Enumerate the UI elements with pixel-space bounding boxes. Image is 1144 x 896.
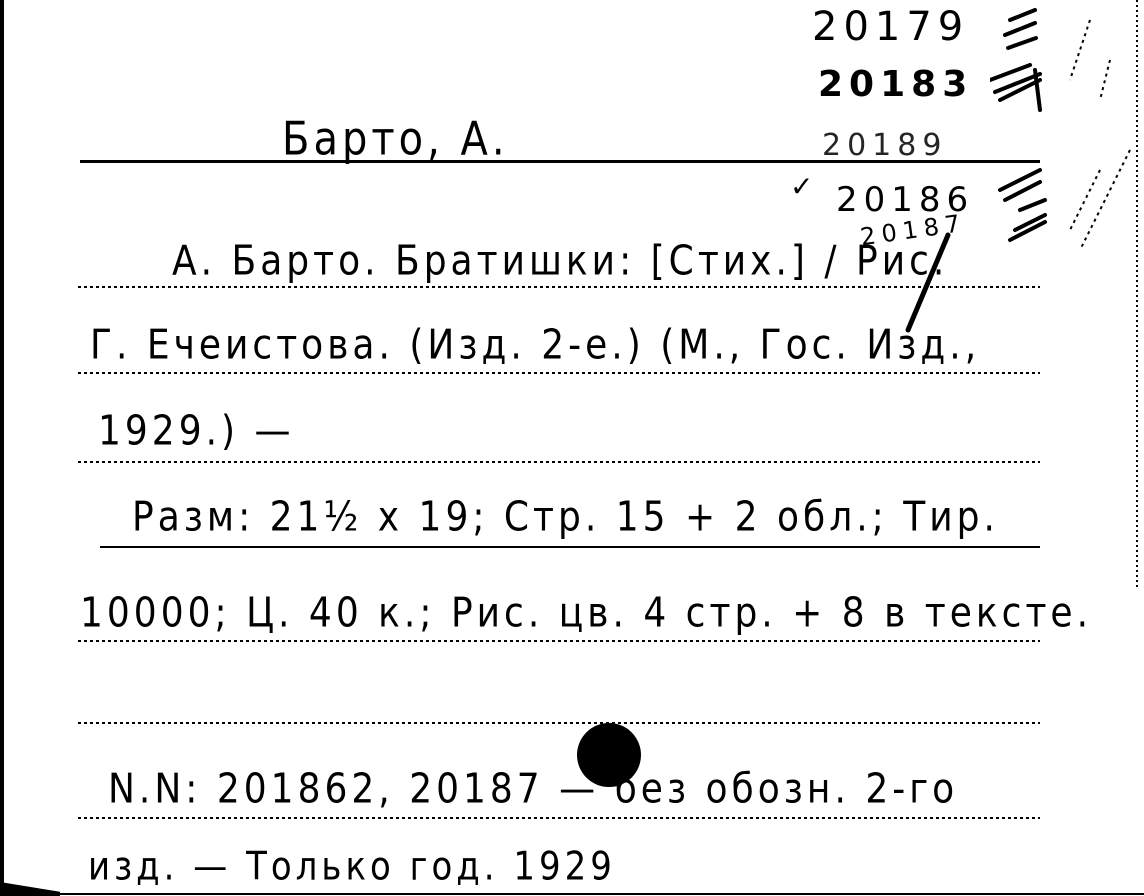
accession-number-2: 20183 bbox=[818, 64, 973, 105]
card-line-2: Г. Ечеистова. (Изд. 2-е.) (М., Гос. Изд.… bbox=[90, 322, 980, 369]
card-rule-3 bbox=[78, 461, 1040, 463]
card-rule-7 bbox=[78, 817, 1040, 819]
card-rule-4 bbox=[100, 546, 1040, 548]
card-left-border bbox=[0, 0, 4, 886]
card-rule-5 bbox=[78, 640, 1040, 642]
card-rule-2 bbox=[78, 372, 1040, 374]
card-bottom-corner bbox=[0, 882, 60, 896]
card-rule-1 bbox=[78, 286, 1040, 288]
card-heading-author: Барто, А. bbox=[282, 113, 509, 166]
catalog-card: 20179 20183 20189 20186 20187 ✓ Барто, А… bbox=[0, 0, 1144, 896]
card-line-8: изд. — Только год. 1929 bbox=[88, 844, 616, 890]
card-line-7: N.N: 201862, 20187 — без обозн. 2-го bbox=[108, 766, 958, 813]
card-line-4: Разм: 21½ x 19; Стр. 15 + 2 обл.; Тир. bbox=[132, 494, 999, 541]
accession-number-3: 20189 bbox=[822, 128, 947, 163]
accession-number-1: 20179 bbox=[812, 4, 969, 50]
heading-rule bbox=[80, 160, 1040, 163]
card-rule-6 bbox=[78, 722, 1040, 724]
scribble-marks bbox=[990, 0, 1140, 260]
card-line-5: 10000; Ц. 40 к.; Рис. цв. 4 стр. + 8 в т… bbox=[80, 590, 1092, 637]
card-line-1: А. Барто. Братишки: [Стих.] / Рис. bbox=[172, 238, 948, 285]
check-mark: ✓ bbox=[790, 170, 819, 203]
card-bottom-border bbox=[60, 893, 1144, 895]
card-line-3: 1929.) — bbox=[98, 408, 295, 455]
